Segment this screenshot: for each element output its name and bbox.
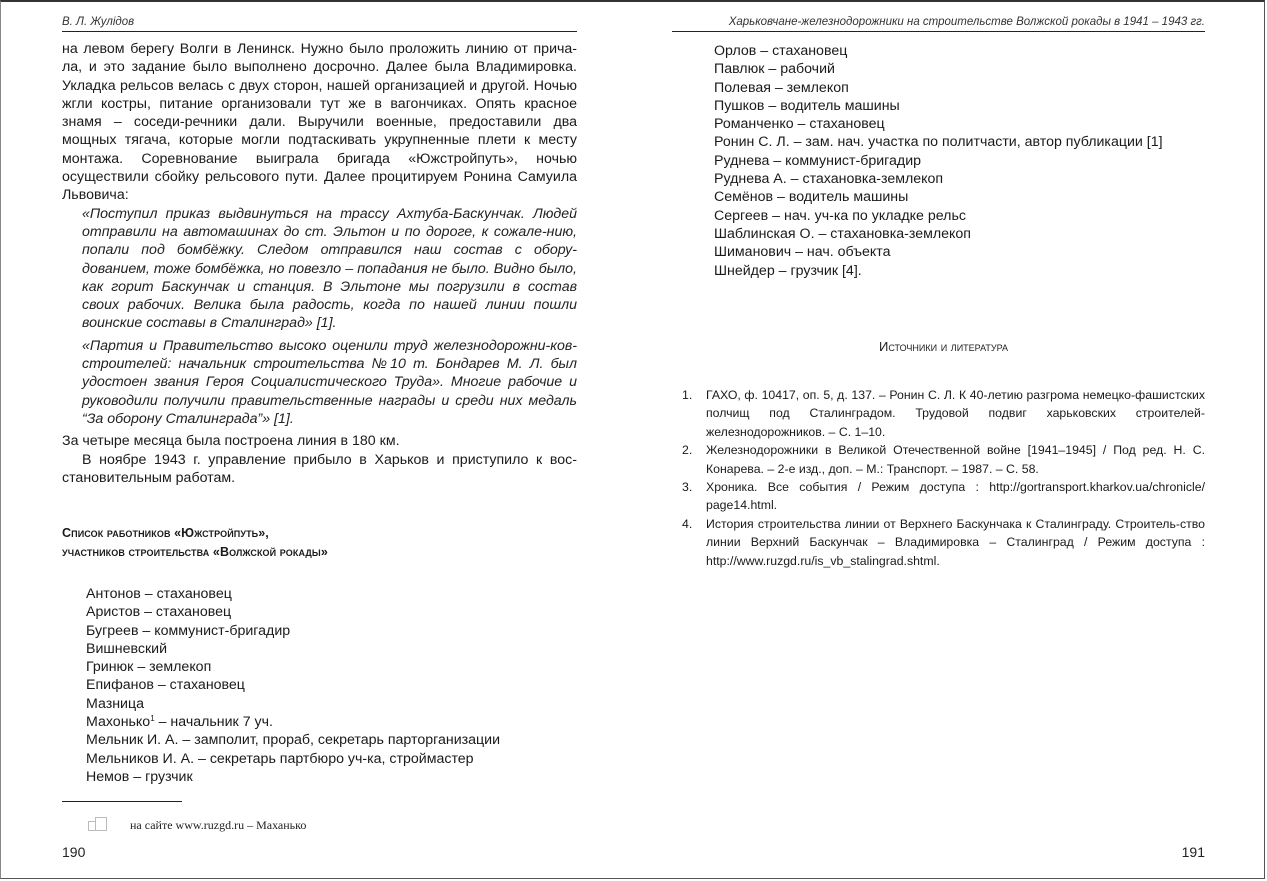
references-title: Источники и литература xyxy=(682,339,1205,354)
reference-item: 4.История строительства линии от Верхнег… xyxy=(682,515,1205,570)
list-item: Шнейдер – грузчик [4]. xyxy=(714,262,1163,280)
list-item: Немов – грузчик xyxy=(86,768,500,786)
list-item: Аристов – стахановец xyxy=(86,603,500,621)
worker-name: Махонько xyxy=(86,714,150,730)
section-title-workers: Список работников «Южстройпуть», участни… xyxy=(62,524,328,561)
list-item: Гринюк – землекоп xyxy=(86,658,500,676)
footnote-text: на сайте www.ruzgd.ru – Маханько xyxy=(130,818,306,832)
running-head-title: Харьковчане-железнодорожники на строител… xyxy=(672,16,1205,32)
footnote-divider xyxy=(62,801,182,802)
list-item: Романченко – стахановец xyxy=(714,115,1163,133)
section-title-line: участников строительства «Волжской рокад… xyxy=(62,543,328,562)
list-item: Ронин С. Л. – зам. нач. участка по полит… xyxy=(714,133,1163,151)
reference-item: 2.Железнодорожники в Великой Отечественн… xyxy=(682,441,1205,478)
running-head-author: В. Л. Жулідов xyxy=(62,16,577,32)
list-item: Бугреев – коммунист-бригадир xyxy=(86,622,500,640)
list-item: Махонько1 – начальник 7 уч. xyxy=(86,713,500,731)
page-number: 191 xyxy=(1182,844,1205,860)
list-item: Семёнов – водитель машины xyxy=(714,188,1163,206)
section-title-line: Список работников «Южстройпуть», xyxy=(62,524,328,543)
workers-list-right: Орлов – стахановец Павлюк – рабочий Поле… xyxy=(714,42,1163,280)
body-paragraph: на левом берегу Волги в Ленинск. Нужно б… xyxy=(62,40,577,205)
main-text: на левом берегу Волги в Ленинск. Нужно б… xyxy=(62,40,577,487)
list-item: Мазница xyxy=(86,695,500,713)
reference-item: 3.Хроника. Все события / Режим доступа :… xyxy=(682,478,1205,515)
right-page: Харьковчане-железнодорожники на строител… xyxy=(682,0,1205,881)
list-item: Шаблинская О. – стахановка-землекоп xyxy=(714,225,1163,243)
list-item: Пушков – водитель машины xyxy=(714,97,1163,115)
list-item: Мельников И. А. – секретарь партбюро уч-… xyxy=(86,750,500,768)
workers-list-left: Антонов – стахановец Аристов – стаханове… xyxy=(86,585,500,786)
body-paragraph: В ноябре 1943 г. управление прибыло в Ха… xyxy=(62,451,577,488)
list-item: Руднева А. – стахановка-землекоп xyxy=(714,170,1163,188)
list-item: Сергеев – нач. уч-ка по укладке рельс xyxy=(714,207,1163,225)
missing-glyph-icon xyxy=(88,817,108,831)
list-item: Мельник И. А. – замполит, прораб, секрет… xyxy=(86,731,500,749)
footnote: на сайте www.ruzgd.ru – Маханько xyxy=(88,817,306,833)
list-item: Антонов – стахановец xyxy=(86,585,500,603)
left-page: В. Л. Жулідов на левом берегу Волги в Ле… xyxy=(62,0,577,881)
list-item: Шиманович – нач. объекта xyxy=(714,243,1163,261)
quote-paragraph: «Поступил приказ выдвинуться на трассу А… xyxy=(62,205,577,333)
page-number: 190 xyxy=(62,844,85,860)
list-item: Орлов – стахановец xyxy=(714,42,1163,60)
list-item: Вишневский xyxy=(86,640,500,658)
reference-item: 1.ГАХО, ф. 10417, оп. 5, д. 137. – Ронин… xyxy=(682,386,1205,441)
list-item: Павлюк – рабочий xyxy=(714,60,1163,78)
body-paragraph: За четыре месяца была построена линия в … xyxy=(62,432,577,450)
list-item: Епифанов – стахановец xyxy=(86,676,500,694)
worker-role: – начальник 7 уч. xyxy=(155,714,273,730)
list-item: Руднева – коммунист-бригадир xyxy=(714,152,1163,170)
list-item: Полевая – землекоп xyxy=(714,79,1163,97)
references-list: 1.ГАХО, ф. 10417, оп. 5, д. 137. – Ронин… xyxy=(682,386,1205,570)
quote-paragraph: «Партия и Правительство высоко оценили т… xyxy=(62,337,577,428)
